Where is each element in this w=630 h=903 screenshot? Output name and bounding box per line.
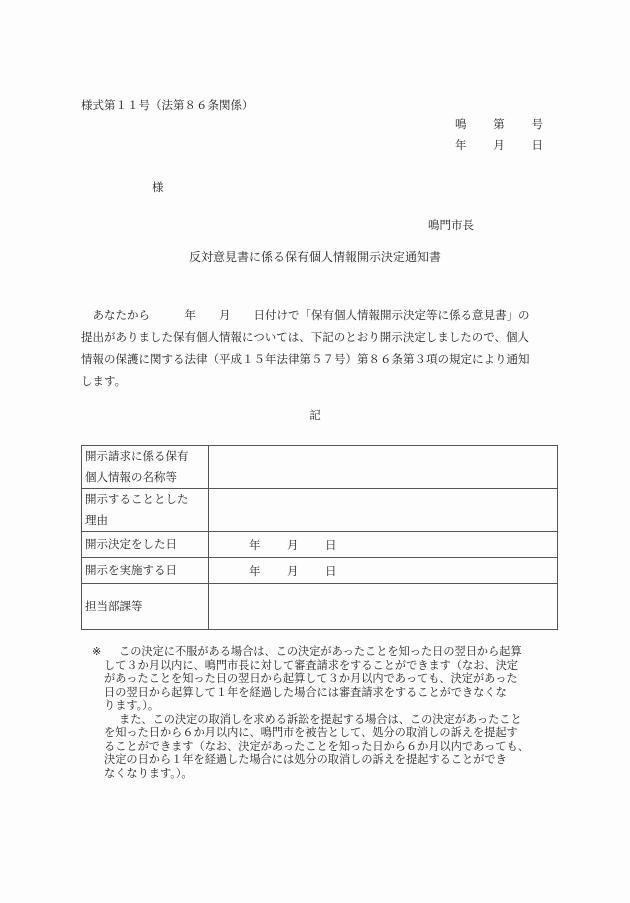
- note-line: 決定の日から１年を経過した場合には処分の取消しの訴えを提起することができ: [92, 753, 562, 767]
- date-year: 年: [455, 137, 467, 153]
- doc-number-prefix: 鳴: [455, 116, 467, 132]
- addressee: 様: [152, 179, 164, 195]
- disclosure-info-table: 開示請求に係る保有 個人情報の名称等 開示することとした 理由 開示決定をした日…: [81, 445, 558, 630]
- date-month: 月: [493, 137, 505, 153]
- note-line: があったことを知った日の翌日から起算して３か月以内であっても、決定があった: [92, 672, 562, 686]
- form-number: 様式第１１号（法第８６条関係）: [81, 97, 254, 113]
- note-line: 日の翌日から起算して１年を経過した場合には審査請求をすることができなくな: [92, 686, 562, 700]
- date-day: 日: [532, 137, 544, 153]
- doc-number-dai: 第: [493, 116, 505, 132]
- row-value-department: [209, 584, 558, 630]
- ki-heading: 記: [0, 407, 630, 423]
- row-value-decision-date: 年 月 日: [209, 532, 558, 558]
- body-paragraph: あなたから 年 月 日付けで「保有個人情報開示決定等に係る意見書」の 提出があり…: [81, 304, 561, 392]
- row-value-document-name: [209, 446, 558, 489]
- document-date: 年 月 日: [455, 137, 543, 153]
- table-row: 開示決定をした日 年 月 日: [82, 532, 558, 558]
- row-label-reason: 開示することとした 理由: [82, 489, 209, 532]
- row-label-implementation-date: 開示を実施する日: [82, 558, 209, 584]
- table-row: 開示することとした 理由: [82, 489, 558, 532]
- table-row: 担当部課等: [82, 584, 558, 630]
- row-value-implementation-date: 年 月 日: [209, 558, 558, 584]
- document-number: 鳴 第 号: [455, 116, 543, 132]
- note-line: して３か月以内に、鳴門市長に対して審査請求をすることができます（なお、決定: [92, 659, 562, 673]
- row-label-decision-date: 開示決定をした日: [82, 532, 209, 558]
- body-line: 提出がありました保有個人情報については、下記のとおり開示決定しましたので、個人: [81, 326, 561, 348]
- note-line: この決定に不服がある場合は、この決定があったことを知った日の翌日から起算: [92, 645, 562, 659]
- sender: 鳴門市長: [428, 217, 474, 233]
- note-line: ります。）。: [92, 699, 562, 713]
- row-label-document-name: 開示請求に係る保有 個人情報の名称等: [82, 446, 209, 489]
- note-mark-icon: ※: [92, 645, 101, 659]
- appeal-notice: ※ この決定に不服がある場合は、この決定があったことを知った日の翌日から起算 し…: [92, 645, 562, 780]
- body-line: あなたから 年 月 日付けで「保有個人情報開示決定等に係る意見書」の: [81, 304, 561, 326]
- row-label-department: 担当部課等: [82, 584, 209, 630]
- body-line: します。: [81, 370, 561, 392]
- row-value-reason: [209, 489, 558, 532]
- doc-number-go: 号: [532, 116, 544, 132]
- note-line: を知った日から６か月以内に、鳴門市を被告として、処分の取消しの訴えを提起す: [92, 726, 562, 740]
- body-line: 情報の保護に関する法律（平成１５年法律第５７号）第８６条第３項の規定により通知: [81, 348, 561, 370]
- table-row: 開示を実施する日 年 月 日: [82, 558, 558, 584]
- note-line: また、この決定の取消しを求める訴訟を提起する場合は、この決定があったこと: [92, 713, 562, 727]
- note-line: なくなります。）。: [92, 767, 562, 781]
- table-row: 開示請求に係る保有 個人情報の名称等: [82, 446, 558, 489]
- document-title: 反対意見書に係る保有個人情報開示決定通知書: [0, 248, 630, 265]
- note-line: ることができます（なお、決定があったことを知った日から６か月以内であっても、: [92, 740, 562, 754]
